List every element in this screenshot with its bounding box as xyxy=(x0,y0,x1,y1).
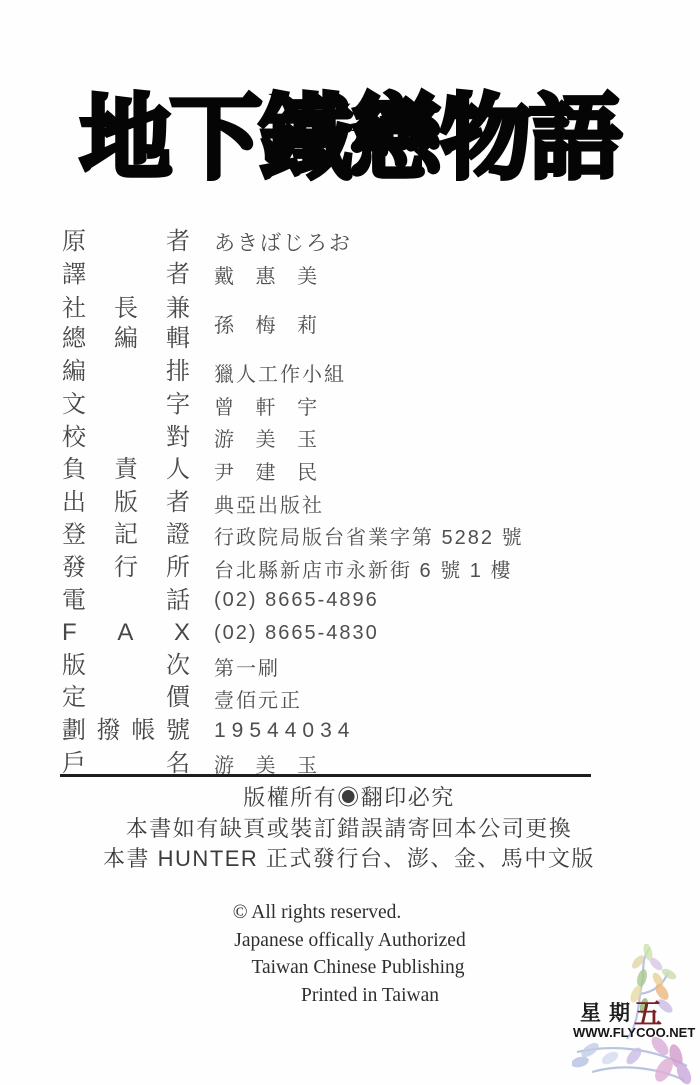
notice-copyright: 版權所有◉翻印必究 xyxy=(0,783,698,814)
credit-value: 獵人工作小組 xyxy=(214,358,346,387)
credit-label: 定價 xyxy=(62,685,190,711)
credit-row-person-in-charge: 負責人 尹 建 民 xyxy=(62,454,662,487)
divider-rule xyxy=(60,774,591,777)
credit-row-publisher: 出版者 典亞出版社 xyxy=(62,487,662,520)
credit-label: 負責人 xyxy=(62,457,190,483)
credit-row-telephone: 電話 (02) 8665-4896 xyxy=(62,585,662,618)
credit-value: 曾 軒 宇 xyxy=(214,391,325,420)
credit-label: 發行所 xyxy=(62,555,190,581)
credit-value: 尹 建 民 xyxy=(214,456,325,485)
english-line-rights: © All rights reserved. xyxy=(0,899,667,927)
credit-label: 校對 xyxy=(62,425,190,451)
credits-table: 原者 あきばじろお 譯者 戴 惠 美 社長兼 總編輯 孫 梅 莉 編排 獵人工作… xyxy=(62,226,662,780)
credit-row-fax: F A X (02) 8665-4830 xyxy=(62,617,662,650)
credit-row-edition: 版次 第一刷 xyxy=(62,650,662,683)
credit-label-line2: 總編輯 xyxy=(62,324,190,354)
credit-value: あきばじろお xyxy=(214,227,352,257)
credit-row-proofreading: 校對 游 美 玉 xyxy=(62,422,662,455)
credit-row-chief-editor: 社長兼 總編輯 孫 梅 莉 xyxy=(62,291,662,356)
credit-value: 游 美 玉 xyxy=(214,423,325,452)
credit-row-layout: 編排 獵人工作小組 xyxy=(62,356,662,389)
credit-value: (02) 8665-4896 xyxy=(214,589,379,612)
credit-label: 版次 xyxy=(62,653,190,679)
credit-label: 登記證 xyxy=(62,522,190,548)
credit-label-line1: 社長兼 xyxy=(62,294,190,324)
credit-value: 壹佰元正 xyxy=(214,684,302,713)
credit-value: 行政院局版台省業字第 5282 號 xyxy=(214,521,524,550)
credit-label: F A X xyxy=(62,620,190,646)
credit-label: 劃撥帳號 xyxy=(62,718,190,744)
credit-row-original-author: 原者 あきばじろお xyxy=(62,226,662,259)
credit-value: 19544034 xyxy=(214,719,355,743)
credit-row-distribution-office: 發行所 台北縣新店市永新街 6 號 1 樓 xyxy=(62,552,662,585)
credit-row-translator: 譯者 戴 惠 美 xyxy=(62,259,662,292)
credit-value: 戴 惠 美 xyxy=(214,260,325,289)
credit-label: 原者 xyxy=(62,229,190,255)
colophon-page: 地下鐵戀物語 原者 あきばじろお 譯者 戴 惠 美 社長兼 總編輯 孫 梅 莉 … xyxy=(0,0,700,1085)
credit-value: 典亞出版社 xyxy=(214,489,324,518)
watermark: 星期 五 WWW.FLYCOO.NET xyxy=(572,944,700,1085)
notice-replacement: 本書如有缺頁或裝訂錯誤請寄回本公司更換 xyxy=(0,814,698,845)
credit-label: 文字 xyxy=(62,392,190,418)
credit-row-price: 定價 壹佰元正 xyxy=(62,682,662,715)
page-title: 地下鐵戀物語 xyxy=(0,84,700,194)
credit-label: 出版者 xyxy=(62,490,190,516)
credit-label: 譯者 xyxy=(62,262,190,288)
credit-label: 編排 xyxy=(62,359,190,385)
credit-value: 台北縣新店市永新街 6 號 1 樓 xyxy=(214,554,512,583)
vine-leaves-icon: 星期 五 WWW.FLYCOO.NET xyxy=(572,944,700,1085)
credit-label: 社長兼 總編輯 xyxy=(62,294,190,354)
credit-row-registration: 登記證 行政院局版台省業字第 5282 號 xyxy=(62,519,662,552)
notice-distribution: 本書 HUNTER 正式發行台、澎、金、馬中文版 xyxy=(0,844,698,875)
watermark-site-name: 星期 xyxy=(580,1001,638,1025)
copyright-notices: 版權所有◉翻印必究 本書如有缺頁或裝訂錯誤請寄回本公司更換 本書 HUNTER … xyxy=(0,783,698,875)
credit-value: 孫 梅 莉 xyxy=(214,309,325,338)
credit-row-text: 文字 曾 軒 宇 xyxy=(62,389,662,422)
credit-value: (02) 8665-4830 xyxy=(214,622,379,645)
credit-row-postal-account: 劃撥帳號 19544034 xyxy=(62,715,662,748)
watermark-url: WWW.FLYCOO.NET xyxy=(573,1025,695,1040)
credit-label: 電話 xyxy=(62,588,190,614)
credit-value: 第一刷 xyxy=(214,652,280,681)
